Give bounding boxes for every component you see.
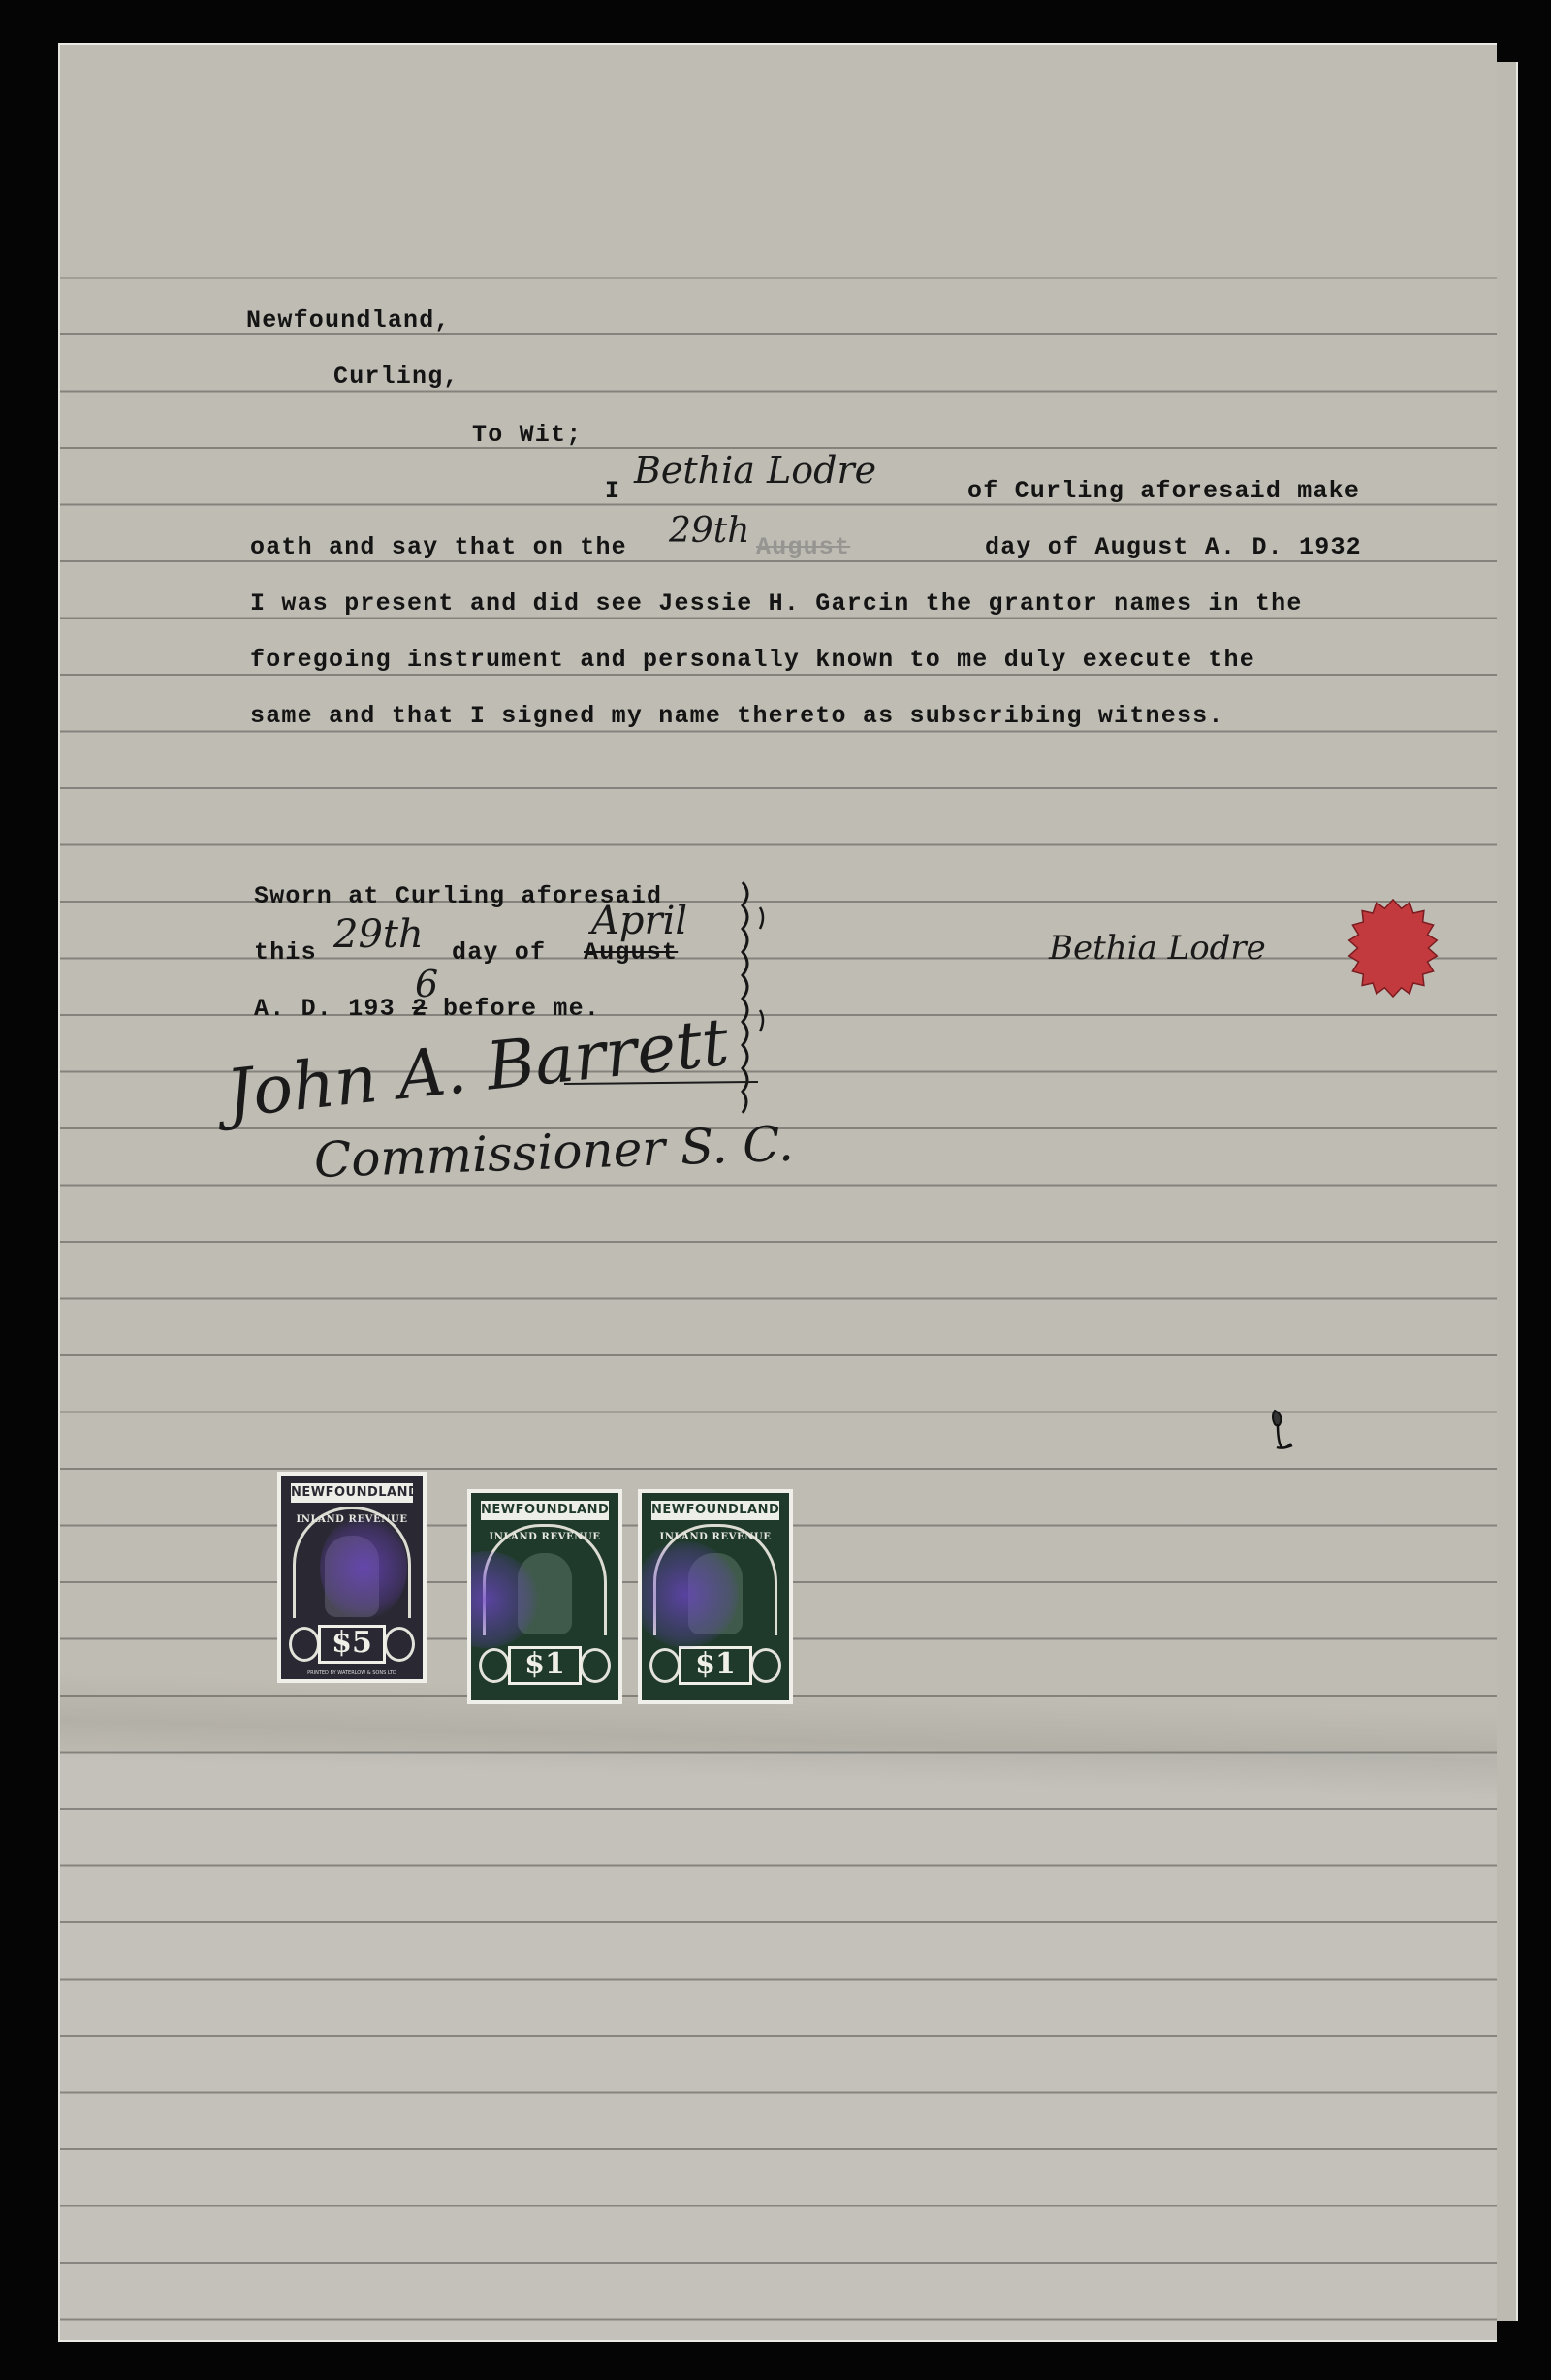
stamp-imprint: PRINTED BY WATERLOW & SONS LTD — [281, 1670, 423, 1676]
stamp-country: NEWFOUNDLAND — [291, 1483, 413, 1503]
stamp-scroll — [580, 1648, 611, 1683]
body-i: I — [605, 479, 620, 503]
stamp-value: $1 — [508, 1646, 582, 1685]
deponent-name-handwritten: Bethia Lodre — [634, 452, 876, 489]
stamp-value: $5 — [318, 1625, 386, 1664]
stamp-country: NEWFOUNDLAND — [481, 1501, 609, 1520]
cancellation-ink — [320, 1514, 407, 1621]
stamp-scroll — [289, 1627, 320, 1662]
jurat-month-struck: August — [584, 940, 678, 965]
jurat-brace — [735, 878, 774, 1121]
revenue-stamp-5-dollar: NEWFOUNDLAND INLAND REVENUE $5 PRINTED B… — [277, 1472, 427, 1683]
jurat-year-handwritten: 6 — [415, 966, 438, 1002]
heading-town: Curling, — [333, 365, 459, 389]
stamp-scroll — [384, 1627, 415, 1662]
heading-province: Newfoundland, — [246, 308, 451, 333]
jurat-day-handwritten: 29th — [333, 915, 424, 954]
pen-mark — [1267, 1407, 1306, 1461]
heading-to-wit: To Wit; — [472, 423, 582, 447]
struck-month: August — [756, 535, 850, 559]
jurat-line2-prefix: this — [254, 940, 317, 965]
jurat-month-handwritten: April — [591, 902, 687, 940]
red-seal-icon — [1343, 898, 1443, 999]
body-line3: I was present and did see Jessie H. Garc… — [250, 591, 1303, 616]
jurat-line3-suffix: before me. — [443, 997, 600, 1021]
body-line4: foregoing instrument and personally know… — [250, 648, 1255, 672]
ruled-lines — [60, 45, 1497, 2340]
witness-day-handwritten: 29th — [669, 514, 749, 549]
revenue-stamp-1-dollar-a: NEWFOUNDLAND INLAND REVENUE $1 — [467, 1489, 622, 1704]
stamp-scroll — [649, 1648, 681, 1683]
jurat-line3-prefix: A. D. 193 — [254, 997, 396, 1021]
body-line2-prefix: oath and say that on the — [250, 535, 627, 559]
stamp-country: NEWFOUNDLAND — [651, 1501, 779, 1520]
body-line5: same and that I signed my name thereto a… — [250, 704, 1224, 728]
body-line1-suffix: of Curling aforesaid make — [967, 479, 1360, 503]
stamp-value: $1 — [679, 1646, 752, 1685]
revenue-stamp-1-dollar-b: NEWFOUNDLAND INLAND REVENUE $1 — [638, 1489, 793, 1704]
document-page: Newfoundland, Curling, To Wit; I Bethia … — [58, 43, 1497, 2342]
deponent-signature: Bethia Lodre — [1049, 932, 1266, 965]
stamp-scroll — [750, 1648, 781, 1683]
stamp-subtitle: INLAND REVENUE — [471, 1532, 618, 1542]
stamp-subtitle: INLAND REVENUE — [642, 1532, 789, 1542]
body-line2-suffix: day of August A. D. 1932 — [985, 535, 1362, 559]
stamp-scroll — [479, 1648, 510, 1683]
jurat-line2-mid: day of — [452, 940, 546, 965]
